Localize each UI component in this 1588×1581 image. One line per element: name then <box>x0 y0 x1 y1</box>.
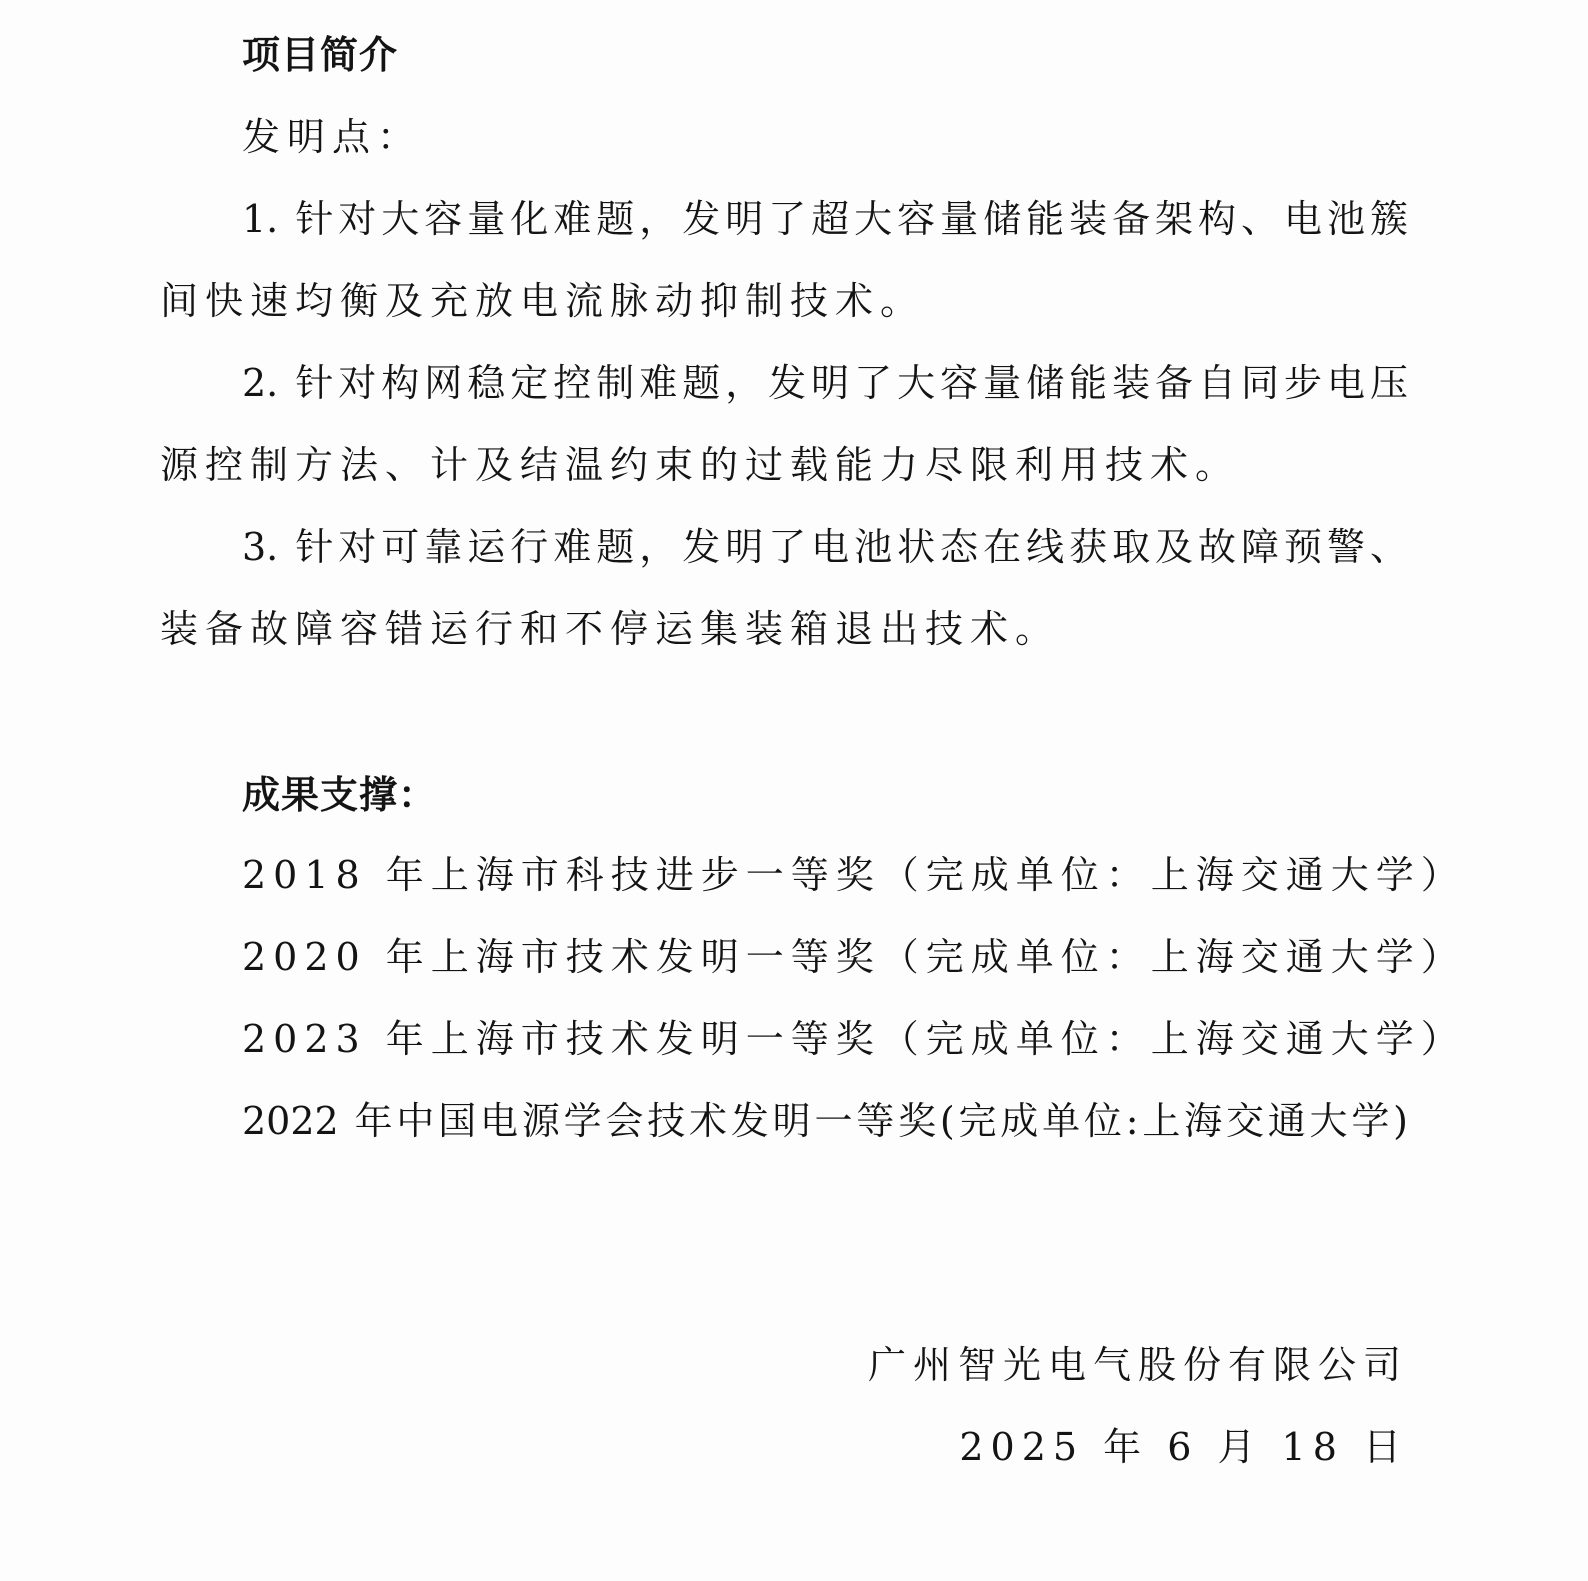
award-item-2: 2020 年上海市技术发明一等奖（完成单位：上海交通大学） <box>242 932 1466 982</box>
award-item-1: 2018 年上海市科技进步一等奖（完成单位：上海交通大学） <box>242 850 1466 900</box>
invention-point-3-line-2: 装备故障容错运行和不停运集装箱退出技术。 <box>160 604 1060 654</box>
signature-company: 广州智光电气股份有限公司 <box>600 1340 1408 1390</box>
section-title-achievements: 成果支撑： <box>242 770 437 820</box>
award-item-3: 2023 年上海市技术发明一等奖（完成单位：上海交通大学） <box>242 1014 1466 1064</box>
signature-date: 2025 年 6 月 18 日 <box>600 1422 1408 1472</box>
document-page: 项目简介 发明点： 1. 针对大容量化难题，发明了超大容量储能装备架构、电池簇 … <box>0 0 1588 1581</box>
award-item-4: 2022 年中国电源学会技术发明一等奖(完成单位:上海交通大学) <box>242 1096 1408 1146</box>
invention-point-3-line-1: 3. 针对可靠运行难题，发明了电池状态在线获取及故障预警、 <box>242 522 1408 572</box>
invention-point-2-line-2: 源控制方法、计及结温约束的过载能力尽限利用技术。 <box>160 440 1240 490</box>
inventions-subtitle: 发明点： <box>242 112 422 162</box>
section-title-project-intro: 项目简介 <box>242 30 398 80</box>
invention-point-2-line-1: 2. 针对构网稳定控制难题，发明了大容量储能装备自同步电压 <box>242 358 1408 408</box>
invention-point-1-line-1: 1. 针对大容量化难题，发明了超大容量储能装备架构、电池簇 <box>242 194 1408 244</box>
invention-point-1-line-2: 间快速均衡及充放电流脉动抑制技术。 <box>160 276 925 326</box>
